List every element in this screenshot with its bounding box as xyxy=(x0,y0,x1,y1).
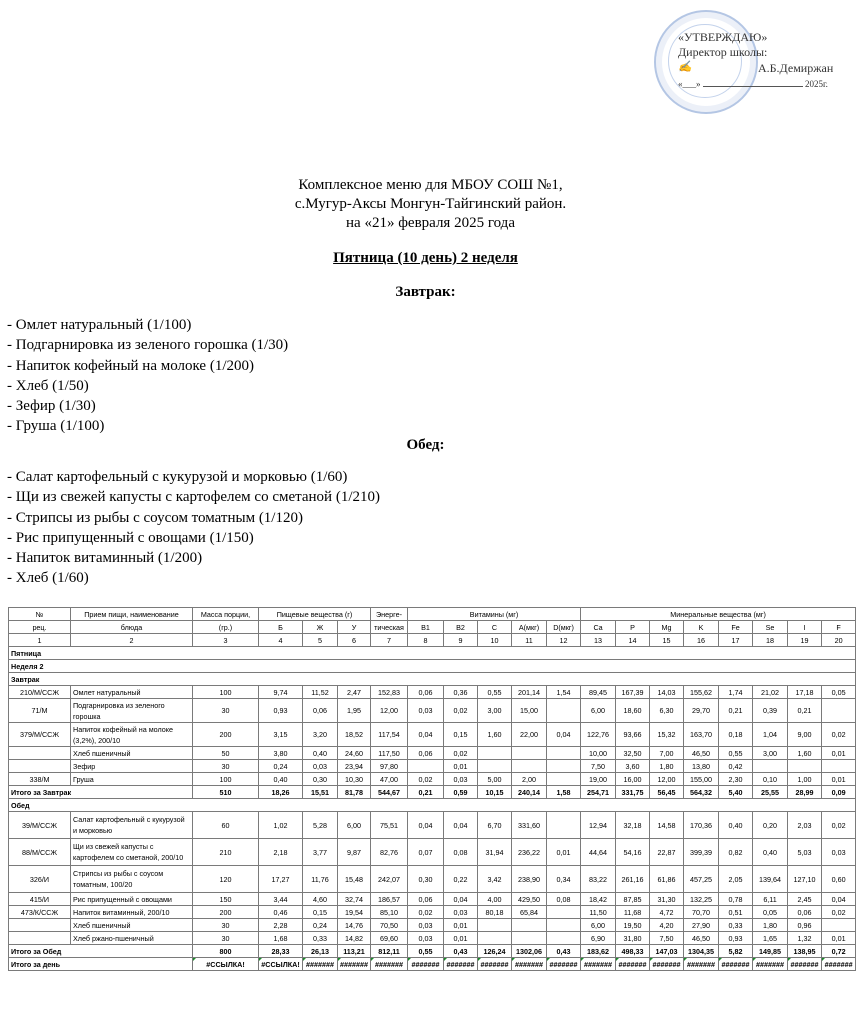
total-value: 812,11 xyxy=(371,945,408,958)
nutrient-value xyxy=(547,906,581,919)
nutrient-value: 0,02 xyxy=(822,723,856,747)
nutrient-value: 7,00 xyxy=(650,747,684,760)
nutrient-value: 54,16 xyxy=(616,839,650,866)
nutrient-value: 1,80 xyxy=(753,919,788,932)
nutrient-value: 170,36 xyxy=(684,812,719,839)
dish-name: Хлеб ржано-пшеничный xyxy=(71,932,193,945)
nutrient-value: 0,08 xyxy=(444,839,478,866)
recipe-number xyxy=(9,932,71,945)
menu-item: - Хлеб (1/50) xyxy=(7,376,288,396)
nutrient-value: 0,02 xyxy=(822,812,856,839)
nutrient-value: 0,51 xyxy=(719,906,753,919)
header-row: №Прием пищи, наименованиеМасса порции,Пи… xyxy=(9,608,856,621)
nutrient-value: 0,02 xyxy=(444,699,478,723)
column-number: 20 xyxy=(822,634,856,647)
nutrient-value: 122,76 xyxy=(581,723,616,747)
nutrient-value: 429,50 xyxy=(512,893,547,906)
nutrient-value: 0,03 xyxy=(408,699,444,723)
nutrient-value: 6,00 xyxy=(581,919,616,932)
nutrient-value: 155,62 xyxy=(684,686,719,699)
dish-row: 210/М/ССЖОмлет натуральный1009,7411,522,… xyxy=(9,686,856,699)
lunch-heading: Обед: xyxy=(0,437,851,454)
nutrient-value: 0,18 xyxy=(719,723,753,747)
nutrient-value: 32,50 xyxy=(616,747,650,760)
column-number: 11 xyxy=(512,634,547,647)
nutrient-value xyxy=(822,760,856,773)
nutrient-value: 0,06 xyxy=(408,747,444,760)
menu-item: - Стрипсы из рыбы с соусом томатным (1/1… xyxy=(7,508,380,528)
date-underline xyxy=(703,78,803,87)
document-title-line2: с.Мугур-Аксы Монгун-Тайгинский район. xyxy=(0,195,861,214)
nutrient-value: 0,08 xyxy=(547,893,581,906)
nutrient-value xyxy=(512,760,547,773)
menu-item: - Подгарнировка из зеленого горошка (1/3… xyxy=(7,335,288,355)
total-value: 800 xyxy=(193,945,259,958)
total-value: 28,33 xyxy=(259,945,303,958)
header-sub: F xyxy=(822,621,856,634)
nutrient-value: 200 xyxy=(193,906,259,919)
nutrient-value: 0,01 xyxy=(444,932,478,945)
nutrient-value: 0,04 xyxy=(444,812,478,839)
nutrient-value: 0,01 xyxy=(822,773,856,786)
signature-icon: ✍ xyxy=(678,60,692,75)
nutrient-value: 24,60 xyxy=(338,747,371,760)
nutrient-value xyxy=(512,932,547,945)
nutrient-value: 2,47 xyxy=(338,686,371,699)
dish-name: Хлеб пшеничный xyxy=(71,747,193,760)
nutrient-value: 2,05 xyxy=(719,866,753,893)
lunch-total-row: Итого за Обед80028,3326,13113,21812,110,… xyxy=(9,945,856,958)
dish-name: Подгарнировка из зеленого горошка xyxy=(71,699,193,723)
breakfast-total-row-label: Итого за Завтрак xyxy=(9,786,193,799)
nutrient-value: 0,33 xyxy=(719,919,753,932)
nutrient-value: 0,04 xyxy=(444,893,478,906)
section-breakfast-label: Завтрак xyxy=(9,673,856,686)
nutrient-value: 47,00 xyxy=(371,773,408,786)
total-value: ####### xyxy=(338,958,371,971)
nutrient-value: 0,78 xyxy=(719,893,753,906)
total-value: 183,62 xyxy=(581,945,616,958)
dish-row: 326/ИСтрипсы из рыбы с соусом томатным, … xyxy=(9,866,856,893)
lunch-menu-list: - Салат картофельный с кукурузой и морко… xyxy=(7,467,380,589)
nutrient-value: 399,39 xyxy=(684,839,719,866)
total-value: ####### xyxy=(822,958,856,971)
nutrient-value: 83,22 xyxy=(581,866,616,893)
total-value: 0,21 xyxy=(408,786,444,799)
nutrient-value: 15,00 xyxy=(512,699,547,723)
nutrient-value: 1,68 xyxy=(259,932,303,945)
nutrient-value: 0,55 xyxy=(478,686,512,699)
approval-position: Директор школы: xyxy=(678,45,767,60)
nutrient-value: 0,21 xyxy=(788,699,822,723)
dish-row: 71/МПодгарнировка из зеленого горошка300… xyxy=(9,699,856,723)
dish-name: Салат картофельный с кукурузой и морковь… xyxy=(71,812,193,839)
column-number: 17 xyxy=(719,634,753,647)
header-sub: C xyxy=(478,621,512,634)
total-value: #ССЫЛКА! xyxy=(193,958,259,971)
nutrient-value: 6,00 xyxy=(581,699,616,723)
menu-item: - Хлеб (1/60) xyxy=(7,568,380,588)
column-number: 4 xyxy=(259,634,303,647)
dish-name: Хлеб пшеничный xyxy=(71,919,193,932)
total-value: ####### xyxy=(408,958,444,971)
nutrient-value: 0,60 xyxy=(822,866,856,893)
total-value: 56,45 xyxy=(650,786,684,799)
section-day-label: Пятница xyxy=(9,647,856,660)
column-number: 16 xyxy=(684,634,719,647)
header-sub: Ca xyxy=(581,621,616,634)
nutrient-value: 19,54 xyxy=(338,906,371,919)
nutrient-value: 17,18 xyxy=(788,686,822,699)
nutrient-value: 10,00 xyxy=(581,747,616,760)
nutrient-value: 21,02 xyxy=(753,686,788,699)
dish-row: Хлеб пшеничный503,800,4024,60117,500,060… xyxy=(9,747,856,760)
recipe-number xyxy=(9,919,71,932)
approval-date: «___» 2025г. xyxy=(678,77,848,92)
nutrient-value: 44,64 xyxy=(581,839,616,866)
lunch-total-row-label: Итого за Обед xyxy=(9,945,193,958)
dish-name: Омлет натуральный xyxy=(71,686,193,699)
nutrient-value: 60 xyxy=(193,812,259,839)
total-value: 147,03 xyxy=(650,945,684,958)
nutrient-value: 0,40 xyxy=(259,773,303,786)
total-value: #ССЫЛКА! xyxy=(259,958,303,971)
nutrient-value: 3,42 xyxy=(478,866,512,893)
nutrient-value: 242,07 xyxy=(371,866,408,893)
nutrient-value: 100 xyxy=(193,686,259,699)
header-energy: Энерге- xyxy=(371,608,408,621)
total-value: 18,26 xyxy=(259,786,303,799)
nutrient-value: 70,70 xyxy=(684,906,719,919)
nutrient-value: 261,16 xyxy=(616,866,650,893)
nutrient-value: 14,58 xyxy=(650,812,684,839)
nutrient-value: 4,60 xyxy=(303,893,338,906)
nutrient-value: 236,22 xyxy=(512,839,547,866)
dish-row: Зефир300,240,0323,9497,800,017,503,601,8… xyxy=(9,760,856,773)
nutrient-value: 331,60 xyxy=(512,812,547,839)
total-value: ####### xyxy=(753,958,788,971)
total-value: 544,67 xyxy=(371,786,408,799)
nutrient-value: 29,70 xyxy=(684,699,719,723)
nutrient-value: 163,70 xyxy=(684,723,719,747)
nutrient-value: 152,83 xyxy=(371,686,408,699)
header-sub: Ж xyxy=(303,621,338,634)
dish-row: 415/ИРис припущенный с овощами1503,444,6… xyxy=(9,893,856,906)
nutrient-value: 155,00 xyxy=(684,773,719,786)
header-vitamins: Витамины (мг) xyxy=(408,608,581,621)
column-number: 13 xyxy=(581,634,616,647)
nutrient-value: 0,55 xyxy=(719,747,753,760)
nutrient-value: 238,90 xyxy=(512,866,547,893)
total-value: 331,75 xyxy=(616,786,650,799)
section-lunch-label: Обед xyxy=(9,799,856,812)
nutrient-value: 69,60 xyxy=(371,932,408,945)
recipe-number: 415/И xyxy=(9,893,71,906)
header-recipe-no: № xyxy=(9,608,71,621)
approval-heading: «УТВЕРЖДАЮ» xyxy=(678,30,767,45)
nutrient-value: 89,45 xyxy=(581,686,616,699)
nutrient-value: 0,04 xyxy=(408,723,444,747)
nutrient-value: 0,40 xyxy=(753,839,788,866)
menu-item: - Зефир (1/30) xyxy=(7,396,288,416)
nutrient-value: 120 xyxy=(193,866,259,893)
nutrient-value: 150 xyxy=(193,893,259,906)
total-value: 81,78 xyxy=(338,786,371,799)
nutrition-table: №Прием пищи, наименованиеМасса порции,Пи… xyxy=(8,607,856,971)
nutrient-value: 0,04 xyxy=(822,893,856,906)
nutrient-value: 6,90 xyxy=(581,932,616,945)
nutrient-value: 31,94 xyxy=(478,839,512,866)
column-number: 15 xyxy=(650,634,684,647)
nutrient-value xyxy=(547,747,581,760)
total-value: ####### xyxy=(788,958,822,971)
nutrient-value: 457,25 xyxy=(684,866,719,893)
nutrient-value xyxy=(547,773,581,786)
nutrient-value: 0,36 xyxy=(444,686,478,699)
nutrient-value: 0,05 xyxy=(822,686,856,699)
recipe-number: 326/И xyxy=(9,866,71,893)
recipe-number: 210/М/ССЖ xyxy=(9,686,71,699)
column-number: 10 xyxy=(478,634,512,647)
nutrient-value: 0,06 xyxy=(303,699,338,723)
nutrient-value: 31,80 xyxy=(616,932,650,945)
nutrient-value: 30 xyxy=(193,699,259,723)
nutrient-value: 201,14 xyxy=(512,686,547,699)
nutrient-value: 0,40 xyxy=(719,812,753,839)
header-sub: A(мкг) xyxy=(512,621,547,634)
total-value: 15,51 xyxy=(303,786,338,799)
total-value: 10,15 xyxy=(478,786,512,799)
nutrient-value: 3,20 xyxy=(303,723,338,747)
nutrient-value: 19,50 xyxy=(616,919,650,932)
day-total-row: Итого за день#ССЫЛКА!#ССЫЛКА!###########… xyxy=(9,958,856,971)
menu-item: - Омлет натуральный (1/100) xyxy=(7,315,288,335)
total-value: 0,72 xyxy=(822,945,856,958)
total-value: 1,58 xyxy=(547,786,581,799)
nutrient-value: 87,85 xyxy=(616,893,650,906)
approval-stamp: «УТВЕРЖДАЮ» Директор школы: ✍ А.Б.Демирж… xyxy=(652,8,852,118)
nutrient-value: 2,45 xyxy=(788,893,822,906)
column-number: 7 xyxy=(371,634,408,647)
nutrient-value: 46,50 xyxy=(684,932,719,945)
nutrient-value: 3,00 xyxy=(478,699,512,723)
nutrient-value: 0,93 xyxy=(719,932,753,945)
nutrient-value: 7,50 xyxy=(581,760,616,773)
nutrient-value: 0,01 xyxy=(547,839,581,866)
nutrient-value: 82,76 xyxy=(371,839,408,866)
total-value: 28,99 xyxy=(788,786,822,799)
nutrient-value: 0,82 xyxy=(719,839,753,866)
nutrient-value: 0,15 xyxy=(444,723,478,747)
nutrient-value: 4,00 xyxy=(478,893,512,906)
total-value: ####### xyxy=(478,958,512,971)
nutrient-value: 12,00 xyxy=(371,699,408,723)
nutrient-value: 1,04 xyxy=(753,723,788,747)
nutrient-value: 13,80 xyxy=(684,760,719,773)
nutrient-value: 15,48 xyxy=(338,866,371,893)
document-title-line1: Комплексное меню для МБОУ СОШ №1, xyxy=(0,176,861,195)
nutrient-value xyxy=(547,932,581,945)
menu-item: - Напиток кофейный на молоке (1/200) xyxy=(7,356,288,376)
header-sub: Se xyxy=(753,621,788,634)
nutrient-value: 32,18 xyxy=(616,812,650,839)
nutrient-value: 27,90 xyxy=(684,919,719,932)
column-number: 14 xyxy=(616,634,650,647)
nutrient-value: 0,22 xyxy=(444,866,478,893)
nutrient-value: 0,03 xyxy=(444,906,478,919)
total-value: 0,09 xyxy=(822,786,856,799)
column-number: 12 xyxy=(547,634,581,647)
recipe-number: 39/М/ССЖ xyxy=(9,812,71,839)
nutrient-value: 0,21 xyxy=(719,699,753,723)
nutrient-value: 117,50 xyxy=(371,747,408,760)
section-day: Пятница xyxy=(9,647,856,660)
nutrient-value: 0,06 xyxy=(408,893,444,906)
nutrient-value: 15,32 xyxy=(650,723,684,747)
total-value: ####### xyxy=(371,958,408,971)
menu-item: - Салат картофельный с кукурузой и морко… xyxy=(7,467,380,487)
total-value: 240,14 xyxy=(512,786,547,799)
total-value: 564,32 xyxy=(684,786,719,799)
nutrient-value: 0,02 xyxy=(408,906,444,919)
recipe-number xyxy=(9,760,71,773)
nutrient-value: 2,00 xyxy=(512,773,547,786)
header-dish-name-sub: блюда xyxy=(71,621,193,634)
nutrient-value: 93,66 xyxy=(616,723,650,747)
nutrient-value: 16,00 xyxy=(616,773,650,786)
column-number: 18 xyxy=(753,634,788,647)
nutrient-value: 3,77 xyxy=(303,839,338,866)
nutrient-value: 1,95 xyxy=(338,699,371,723)
nutrient-value: 3,15 xyxy=(259,723,303,747)
nutrient-value: 31,30 xyxy=(650,893,684,906)
total-value: 498,33 xyxy=(616,945,650,958)
nutrient-value: 0,24 xyxy=(303,919,338,932)
total-value: 510 xyxy=(193,786,259,799)
total-value: 25,55 xyxy=(753,786,788,799)
approval-block: «УТВЕРЖДАЮ» Директор школы: ✍ А.Б.Демирж… xyxy=(678,30,767,60)
nutrient-value: 11,76 xyxy=(303,866,338,893)
section-lunch: Обед xyxy=(9,799,856,812)
nutrient-value: 46,50 xyxy=(684,747,719,760)
total-value: ####### xyxy=(581,958,616,971)
nutrient-value: 0,04 xyxy=(547,723,581,747)
nutrient-value: 32,74 xyxy=(338,893,371,906)
breakfast-total-row: Итого за Завтрак51018,2615,5181,78544,67… xyxy=(9,786,856,799)
nutrient-value: 0,33 xyxy=(303,932,338,945)
nutrient-value: 0,03 xyxy=(303,760,338,773)
dish-name: Стрипсы из рыбы с соусом томатным, 100/2… xyxy=(71,866,193,893)
nutrient-value: 117,54 xyxy=(371,723,408,747)
total-value: 5,40 xyxy=(719,786,753,799)
nutrient-value: 12,00 xyxy=(650,773,684,786)
total-value: 126,24 xyxy=(478,945,512,958)
nutrient-value xyxy=(822,919,856,932)
total-value: ####### xyxy=(547,958,581,971)
nutrient-value: 14,82 xyxy=(338,932,371,945)
dish-name: Щи из свежей капусты с картофелем со сме… xyxy=(71,839,193,866)
nutrient-value: 1,00 xyxy=(788,773,822,786)
nutrient-value: 9,87 xyxy=(338,839,371,866)
nutrient-value: 85,10 xyxy=(371,906,408,919)
nutrient-value: 3,44 xyxy=(259,893,303,906)
nutrient-value: 3,80 xyxy=(259,747,303,760)
nutrient-value: 2,03 xyxy=(788,812,822,839)
nutrient-value: 0,20 xyxy=(753,812,788,839)
column-number: 2 xyxy=(71,634,193,647)
nutrient-value: 17,27 xyxy=(259,866,303,893)
nutrient-value: 0,02 xyxy=(822,906,856,919)
total-value: 254,71 xyxy=(581,786,616,799)
document-date: на «21» февраля 2025 года xyxy=(0,214,861,233)
nutrient-value: 0,34 xyxy=(547,866,581,893)
director-name: А.Б.Демиржан xyxy=(758,61,833,76)
nutrient-value: 18,60 xyxy=(616,699,650,723)
nutrient-value: 0,10 xyxy=(753,773,788,786)
nutrient-value: 0,01 xyxy=(444,919,478,932)
nutrient-value: 6,00 xyxy=(338,812,371,839)
nutrient-value xyxy=(478,760,512,773)
nutrient-value: 0,30 xyxy=(408,866,444,893)
total-value: ####### xyxy=(303,958,338,971)
total-value: 1302,06 xyxy=(512,945,547,958)
nutrient-value: 0,06 xyxy=(408,686,444,699)
nutrient-value: 0,40 xyxy=(303,747,338,760)
day-total-row-label: Итого за день xyxy=(9,958,193,971)
nutrient-value: 22,87 xyxy=(650,839,684,866)
nutrient-value: 4,72 xyxy=(650,906,684,919)
total-value: ####### xyxy=(512,958,547,971)
dish-row: Хлеб ржано-пшеничный301,680,3314,8269,60… xyxy=(9,932,856,945)
nutrient-value xyxy=(478,747,512,760)
header-sub: I xyxy=(788,621,822,634)
nutrient-value: 1,60 xyxy=(478,723,512,747)
dish-row: 379/М/ССЖНапиток кофейный на молоке (3,2… xyxy=(9,723,856,747)
total-value: 5,82 xyxy=(719,945,753,958)
total-value: 0,59 xyxy=(444,786,478,799)
nutrient-value: 0,03 xyxy=(822,839,856,866)
nutrient-value: 0,01 xyxy=(822,932,856,945)
recipe-number: 379/М/ССЖ xyxy=(9,723,71,747)
nutrient-value xyxy=(547,699,581,723)
nutrient-value: 4,20 xyxy=(650,919,684,932)
nutrient-value: 1,74 xyxy=(719,686,753,699)
nutrient-value xyxy=(547,812,581,839)
nutrient-value: 9,00 xyxy=(788,723,822,747)
total-value: ####### xyxy=(650,958,684,971)
nutrient-value: 0,02 xyxy=(444,747,478,760)
header-sub: У xyxy=(338,621,371,634)
nutrient-value: 1,54 xyxy=(547,686,581,699)
date-prefix: «___» xyxy=(678,79,701,89)
total-value: ####### xyxy=(719,958,753,971)
dish-name: Напиток витаминный, 200/10 xyxy=(71,906,193,919)
dish-row: 473/К/ССЖНапиток витаминный, 200/102000,… xyxy=(9,906,856,919)
total-value: 0,43 xyxy=(547,945,581,958)
nutrient-value: 23,94 xyxy=(338,760,371,773)
header-sub: K xyxy=(684,621,719,634)
nutrient-value: 75,51 xyxy=(371,812,408,839)
recipe-number: 338/М xyxy=(9,773,71,786)
header-portion-mass-sub: (гр.) xyxy=(193,621,259,634)
column-number: 3 xyxy=(193,634,259,647)
nutrient-value: 139,64 xyxy=(753,866,788,893)
nutrient-value: 2,18 xyxy=(259,839,303,866)
section-breakfast: Завтрак xyxy=(9,673,856,686)
nutrient-value: 19,00 xyxy=(581,773,616,786)
nutrient-value: 1,60 xyxy=(788,747,822,760)
nutrient-value: 1,32 xyxy=(788,932,822,945)
